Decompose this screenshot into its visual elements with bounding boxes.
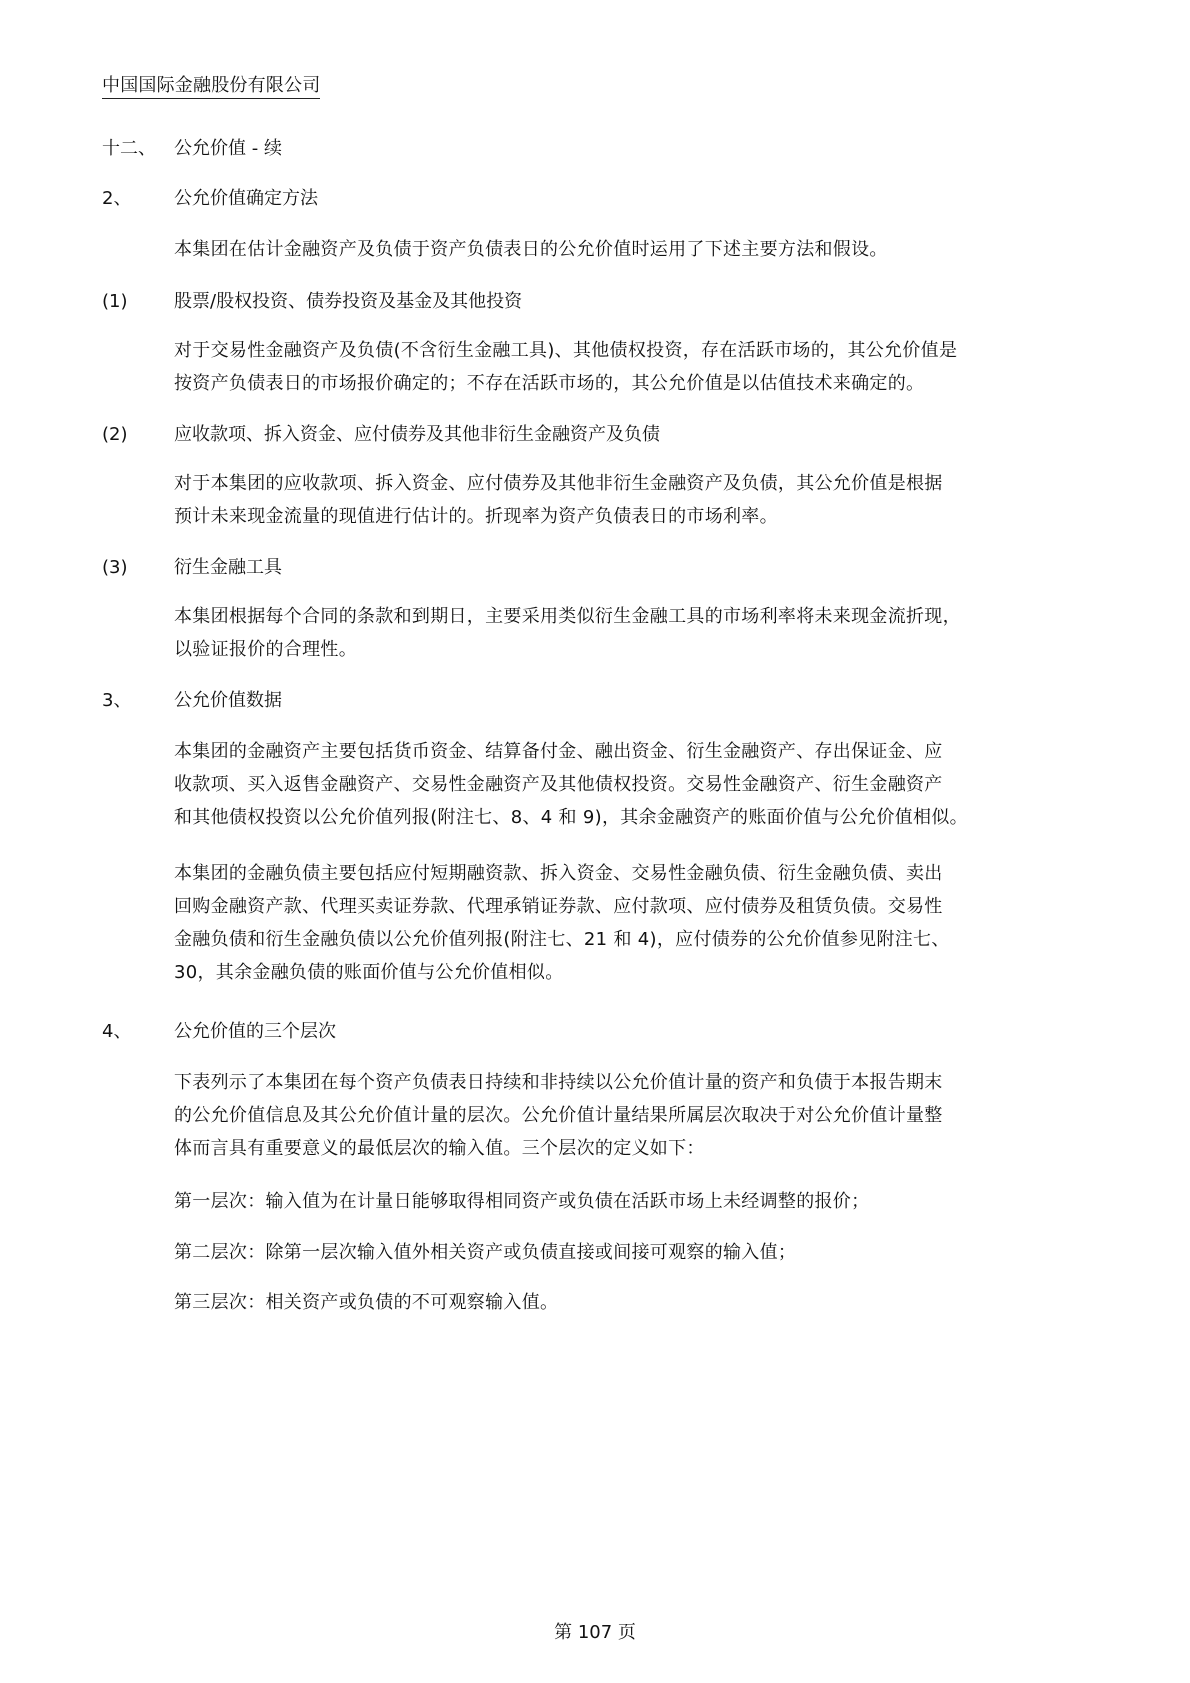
text-line: 金融负债和衍生金融负债以公允价值列报(附注七、21 和 4)，应付债券的公允价值… [174,923,1134,956]
item-title: 应收款项、拆入资金、应付债券及其他非衍生金融资产及负债 [174,424,660,445]
item-number: (1) [102,290,174,314]
text-line: 和其他债权投资以公允价值列报(附注七、8、4 和 9)，其余金融资产的账面价值与… [174,801,1134,834]
item-number: (3) [102,556,174,580]
item-number: 4、 [102,1020,174,1044]
paragraph-4: 本集团的金融资产主要包括货币资金、结算备付金、融出资金、衍生金融资产、存出保证金… [174,735,1134,834]
text-line: 预计未来现金流量的现值进行估计的。折现率为资产负债表日的市场利率。 [174,500,1134,533]
paragraph-5: 本集团的金融负债主要包括应付短期融资款、拆入资金、交易性金融负债、衍生金融负债、… [174,857,1134,989]
text-line: 按资产负债表日的市场报价确定的；不存在活跃市场的，其公允价值是以估值技术来确定的… [174,367,1134,400]
level-2-definition: 第二层次：除第一层次输入值外相关资产或负债直接或间接可观察的输入值； [174,1236,1134,1269]
paragraph-1: 对于交易性金融资产及负债(不含衍生金融工具)、其他债权投资，存在活跃市场的，其公… [174,334,1134,400]
text-line: 对于交易性金融资产及负债(不含衍生金融工具)、其他债权投资，存在活跃市场的，其公… [174,334,1134,367]
text-line: 第二层次：除第一层次输入值外相关资产或负债直接或间接可观察的输入值； [174,1236,1134,1269]
item-heading-4: 4、公允价值的三个层次 [102,1020,336,1044]
text-line: 本集团根据每个合同的条款和到期日，主要采用类似衍生金融工具的市场利率将未来现金流… [174,600,1134,633]
text-line: 收款项、买入返售金融资产、交易性金融资产及其他债权投资。交易性金融资产、衍生金融… [174,768,1134,801]
item-number: 2、 [102,187,174,211]
item-heading-3: 3、公允价值数据 [102,689,282,713]
level-3-definition: 第三层次：相关资产或负债的不可观察输入值。 [174,1286,1134,1319]
company-header: 中国国际金融股份有限公司 [102,74,320,99]
document-page: 中国国际金融股份有限公司 十二、公允价值 - 续 2、公允价值确定方法 本集团在… [0,0,1190,1683]
paragraph-intro: 本集团在估计金融资产及负债于资产负债表日的公允价值时运用了下述主要方法和假设。 [174,233,1134,266]
item-title: 衍生金融工具 [174,557,282,578]
section-title: 公允价值 - 续 [174,138,282,159]
text-line: 的公允价值信息及其公允价值计量的层次。公允价值计量结果所属层次取决于对公允价值计… [174,1099,1134,1132]
item-title: 公允价值确定方法 [174,188,318,209]
text-line: 对于本集团的应收款项、拆入资金、应付债券及其他非衍生金融资产及负债，其公允价值是… [174,467,1134,500]
text-line: 第三层次：相关资产或负债的不可观察输入值。 [174,1286,1134,1319]
item-title: 公允价值数据 [174,690,282,711]
item-title: 公允价值的三个层次 [174,1021,336,1042]
item-title: 股票/股权投资、债券投资及基金及其他投资 [174,291,522,312]
item-heading-1-sub: (1)股票/股权投资、债券投资及基金及其他投资 [102,290,522,314]
text-line: 本集团的金融资产主要包括货币资金、结算备付金、融出资金、衍生金融资产、存出保证金… [174,735,1134,768]
paragraph-6: 下表列示了本集团在每个资产负债表日持续和非持续以公允价值计量的资产和负债于本报告… [174,1066,1134,1165]
item-number: (2) [102,423,174,447]
text-line: 本集团在估计金融资产及负债于资产负债表日的公允价值时运用了下述主要方法和假设。 [174,233,1134,266]
text-line: 以验证报价的合理性。 [174,633,1134,666]
item-heading-3-sub: (3)衍生金融工具 [102,556,282,580]
text-line: 本集团的金融负债主要包括应付短期融资款、拆入资金、交易性金融负债、衍生金融负债、… [174,857,1134,890]
section-heading: 十二、公允价值 - 续 [102,137,282,161]
text-line: 回购金融资产款、代理买卖证券款、代理承销证券款、应付款项、应付债券及租赁负债。交… [174,890,1134,923]
item-number: 3、 [102,689,174,713]
item-heading-2-sub: (2)应收款项、拆入资金、应付债券及其他非衍生金融资产及负债 [102,423,660,447]
item-heading-2: 2、公允价值确定方法 [102,187,318,211]
text-line: 第一层次：输入值为在计量日能够取得相同资产或负债在活跃市场上未经调整的报价； [174,1185,1134,1218]
paragraph-3: 本集团根据每个合同的条款和到期日，主要采用类似衍生金融工具的市场利率将未来现金流… [174,600,1134,666]
paragraph-2: 对于本集团的应收款项、拆入资金、应付债券及其他非衍生金融资产及负债，其公允价值是… [174,467,1134,533]
page-number: 第 107 页 [0,1621,1190,1645]
text-line: 体而言具有重要意义的最低层次的输入值。三个层次的定义如下： [174,1132,1134,1165]
section-number: 十二、 [102,137,174,161]
text-line: 下表列示了本集团在每个资产负债表日持续和非持续以公允价值计量的资产和负债于本报告… [174,1066,1134,1099]
text-line: 30，其余金融负债的账面价值与公允价值相似。 [174,956,1134,989]
level-1-definition: 第一层次：输入值为在计量日能够取得相同资产或负债在活跃市场上未经调整的报价； [174,1185,1134,1218]
